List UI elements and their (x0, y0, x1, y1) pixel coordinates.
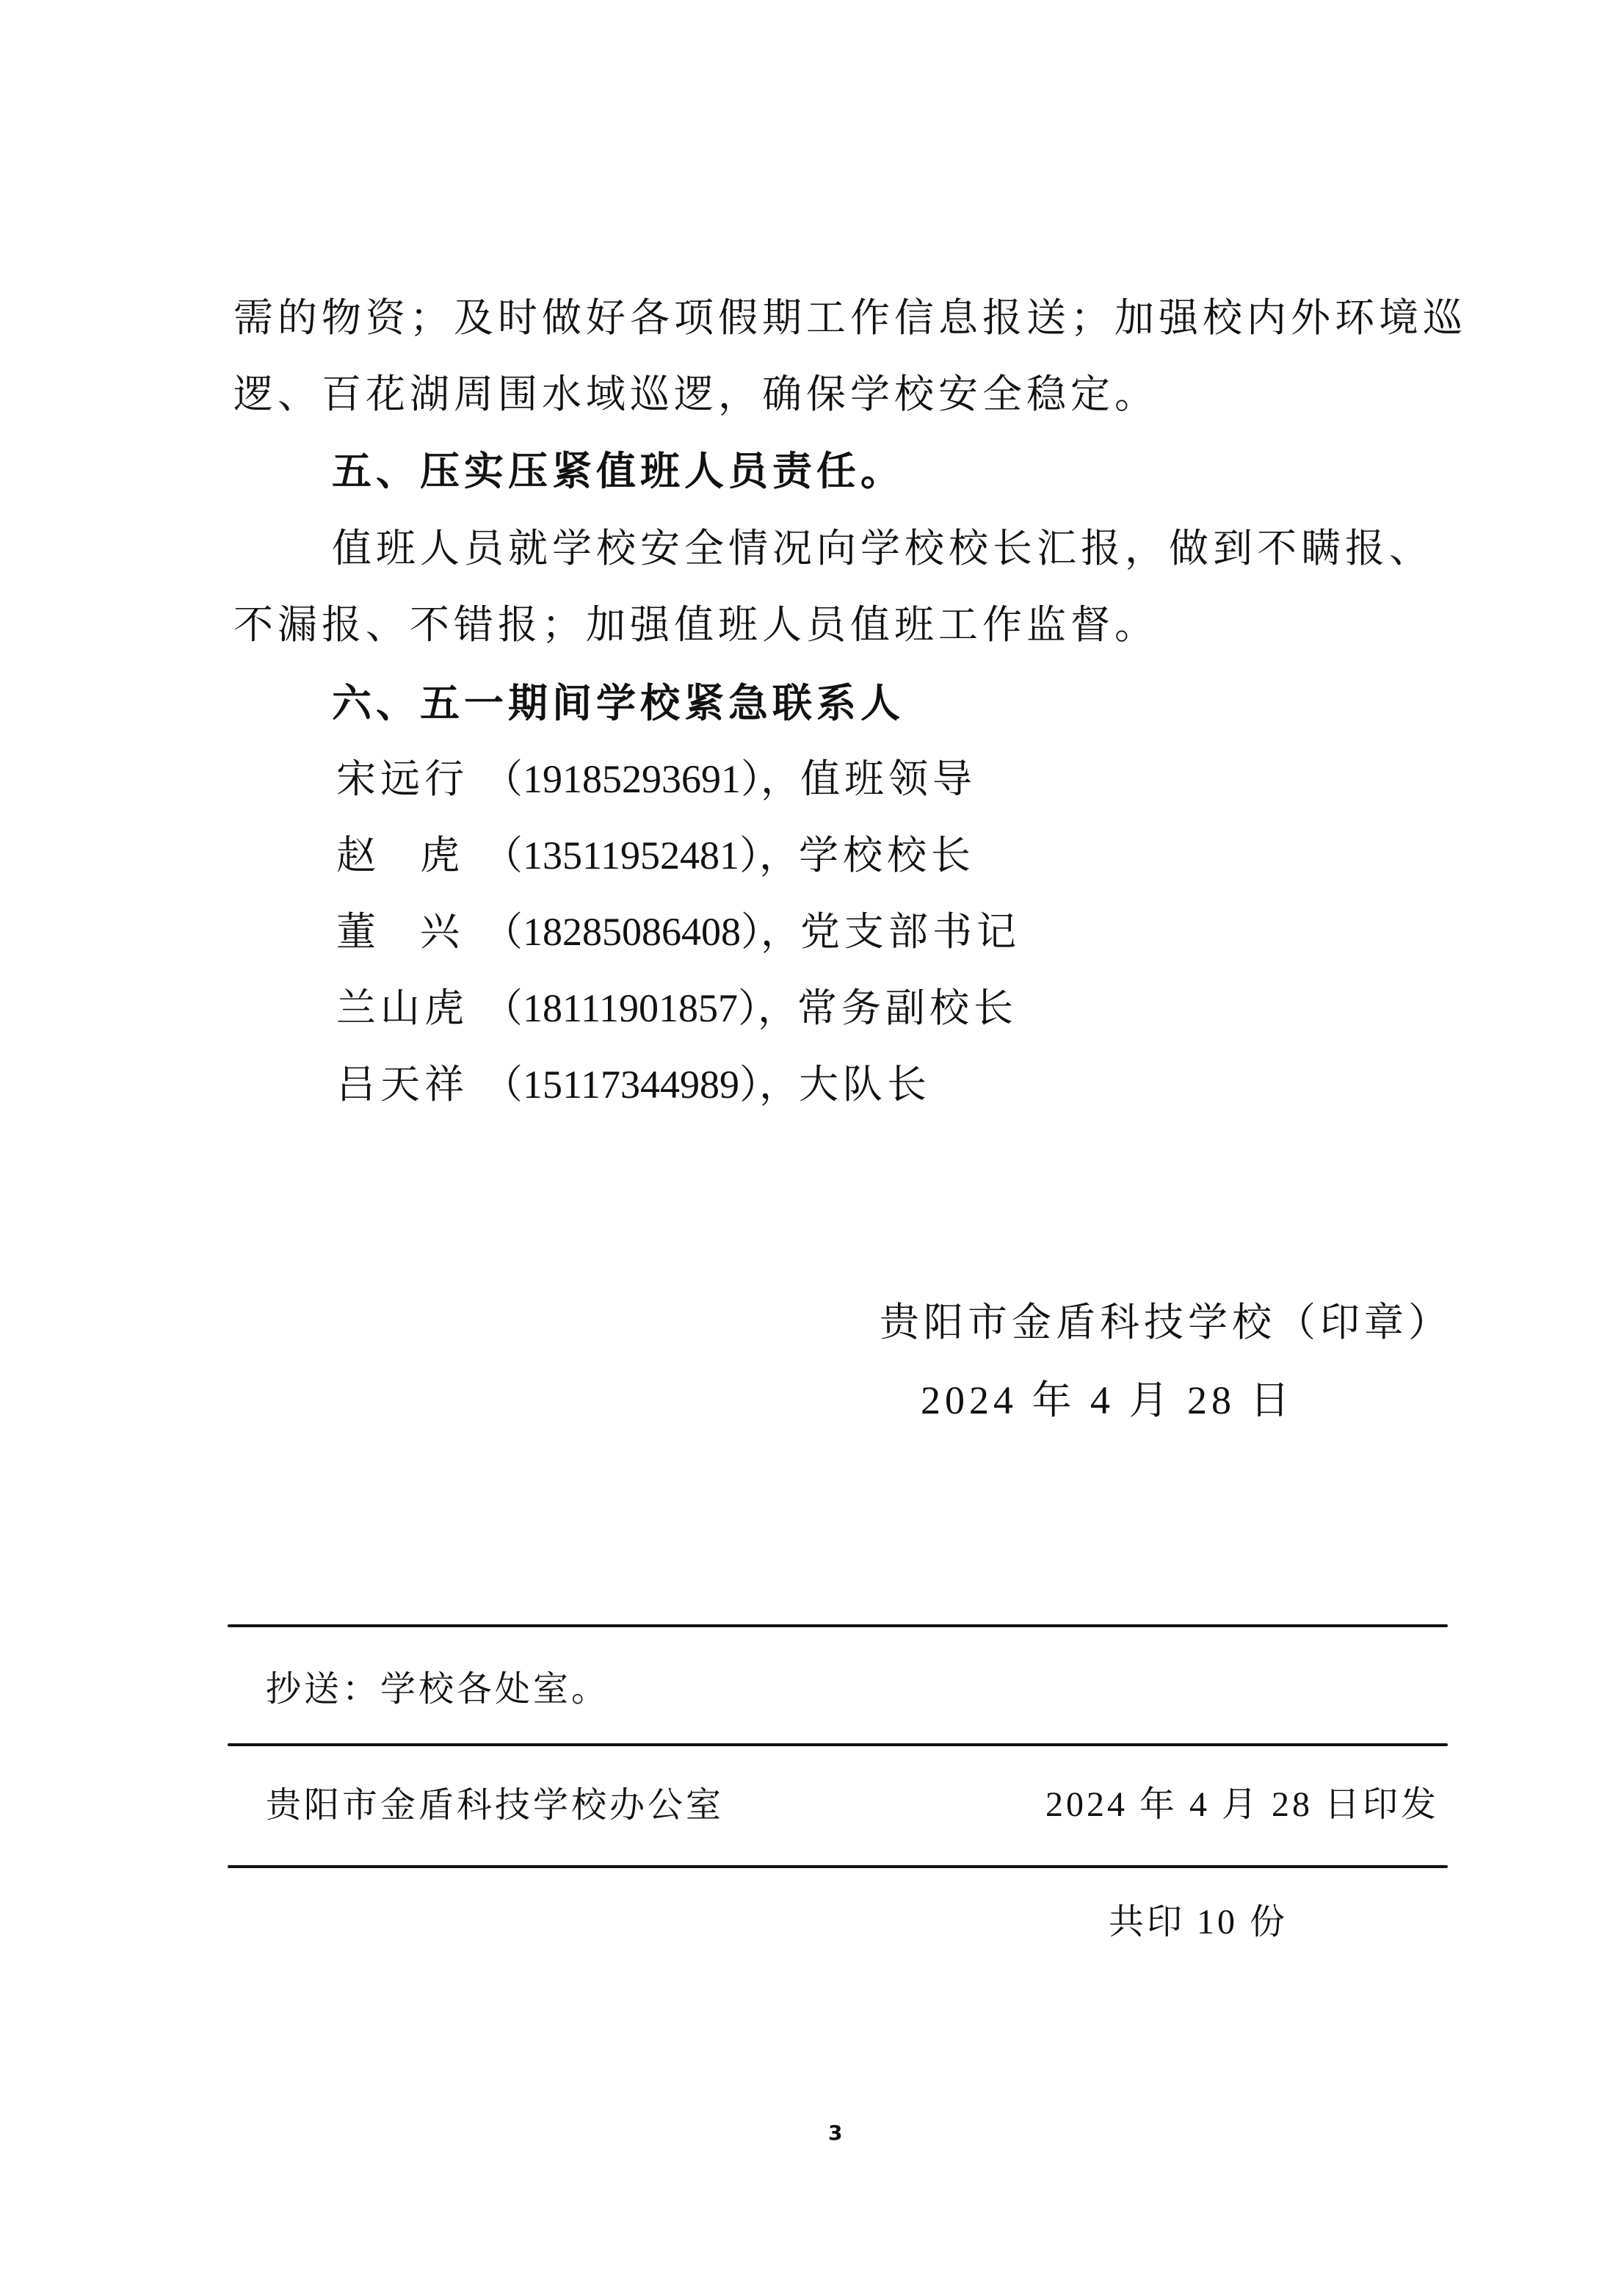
issuing-office: 贵阳市金盾科技学校办公室 (266, 1783, 724, 1827)
contact-role: 大队长 (799, 1059, 931, 1110)
contact-item: 宋远行 （19185293691）， 值班领导 (336, 753, 976, 805)
contact-name: 宋远行 (336, 753, 483, 805)
contact-phone: （19185293691）， (483, 753, 800, 805)
contact-name: 吕天祥 (336, 1059, 483, 1110)
contact-phone: （13511952481）， (483, 830, 799, 881)
cc-line: 抄送：学校各处室。 (266, 1667, 609, 1711)
paragraph-line: 需的物资；及时做好各项假期工作信息报送；加强校内外环境巡 (233, 292, 1467, 344)
section-heading-6: 六、五一期间学校紧急联系人 (332, 677, 905, 728)
contact-role: 党支部书记 (800, 906, 1021, 958)
contact-item: 赵虎 （13511952481）， 学校校长 (336, 830, 975, 881)
paragraph-line: 逻、百花湖周围水域巡逻，确保学校安全稳定。 (233, 369, 1159, 420)
contact-name: 赵虎 (336, 830, 483, 881)
contact-role: 常务副校长 (797, 983, 1018, 1034)
contact-name: 董兴 (336, 906, 483, 958)
divider-bottom (228, 1865, 1448, 1868)
contact-phone: （18285086408）， (483, 906, 800, 958)
paragraph-line: 不漏报、不错报；加强值班人员值班工作监督。 (233, 599, 1159, 651)
divider-top (228, 1624, 1448, 1627)
paragraph-line: 值班人员就学校安全情况向学校校长汇报，做到不瞒报、 (332, 523, 1433, 574)
contact-phone: （18111901857）， (483, 983, 797, 1034)
signature-issuer: 贵阳市金盾科技学校（印章） (880, 1297, 1452, 1348)
contact-phone: （15117344989）， (483, 1059, 799, 1110)
signature-date: 2024 年 4 月 28 日 (921, 1375, 1294, 1426)
contact-item: 兰山虎 （18111901857）， 常务副校长 (336, 983, 1018, 1034)
contact-item: 董兴 （18285086408）， 党支部书记 (336, 906, 1021, 958)
contact-role: 学校校长 (799, 830, 975, 881)
contact-item: 吕天祥 （15117344989）， 大队长 (336, 1059, 931, 1110)
contact-name: 兰山虎 (336, 983, 483, 1034)
section-heading-5: 五、压实压紧值班人员责任。 (332, 445, 905, 496)
divider-middle (228, 1743, 1448, 1746)
page-number: 3 (828, 2121, 842, 2145)
contact-role: 值班领导 (800, 753, 976, 805)
copies-count: 共印 10 份 (1109, 1900, 1288, 1944)
issue-date: 2024 年 4 月 28 日印发 (1045, 1783, 1439, 1827)
